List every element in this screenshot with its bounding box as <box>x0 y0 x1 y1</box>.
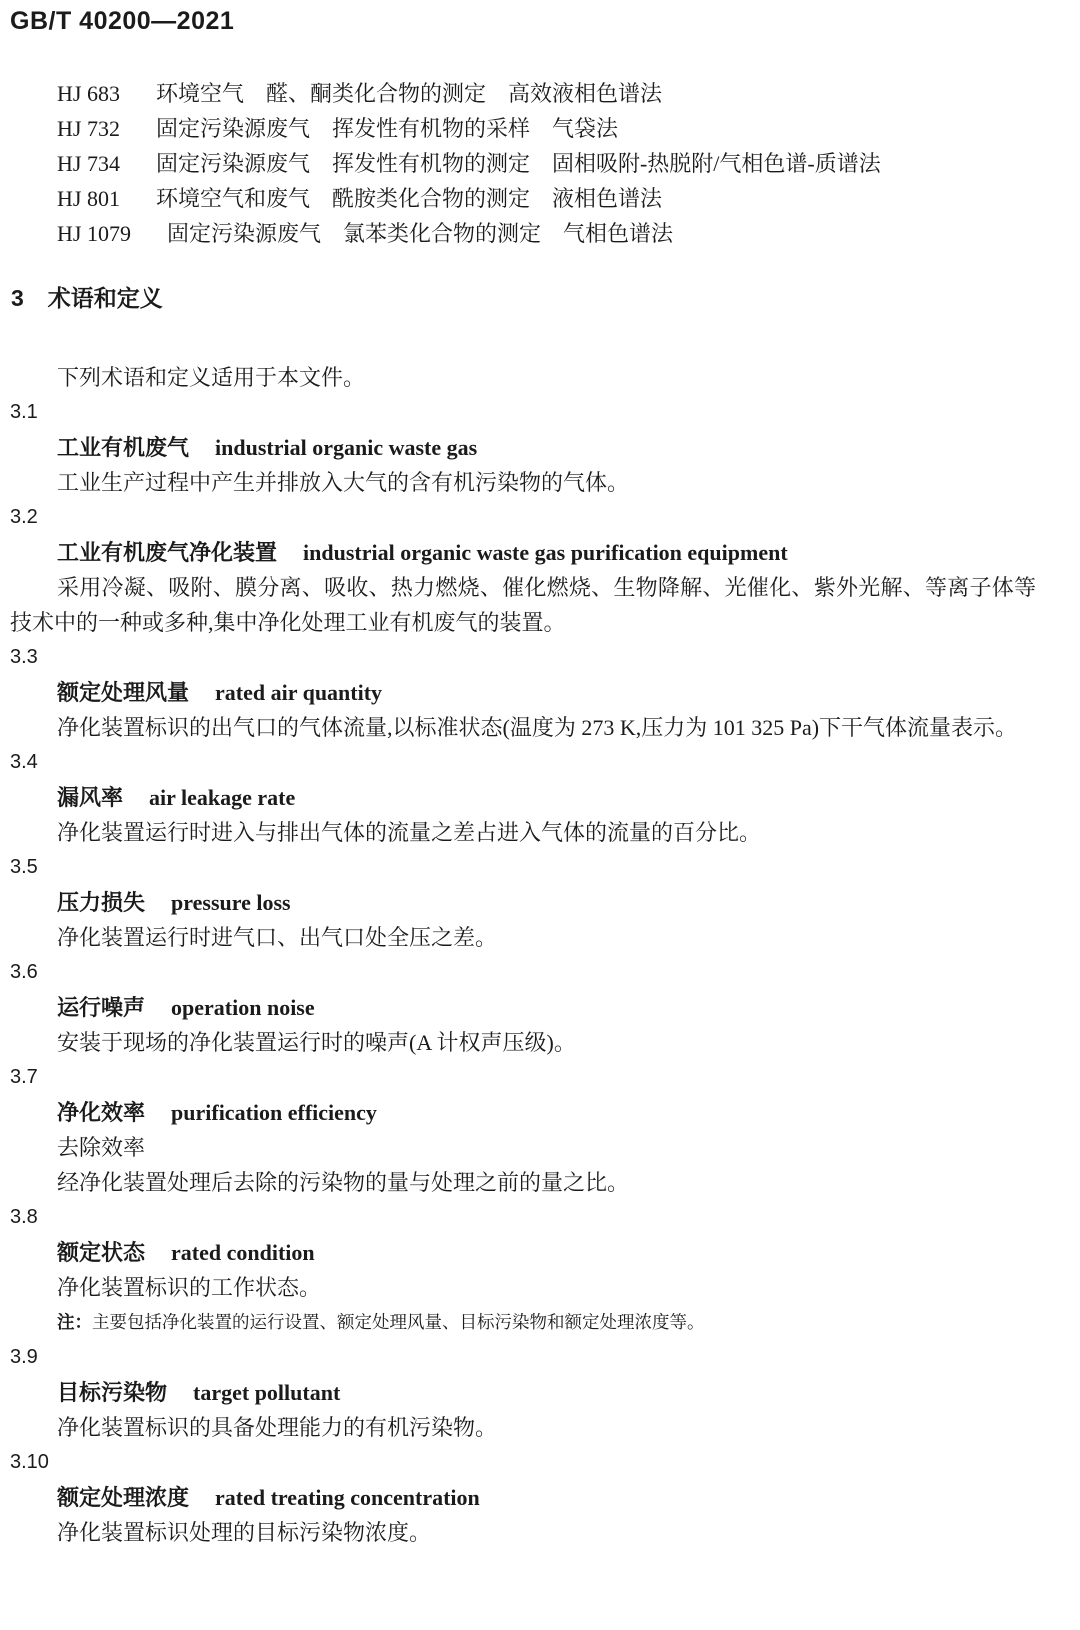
term-heading: 额定状态rated condition <box>10 1235 1036 1270</box>
terms-and-definitions-body: 下列术语和定义适用于本文件。 3.1 工业有机废气industrial orga… <box>0 360 1080 1550</box>
term-heading: 压力损失pressure loss <box>10 885 1036 920</box>
term-clause: 3.1 工业有机废气industrial organic waste gas 工… <box>10 395 1036 500</box>
term-clause: 3.2 工业有机废气净化装置industrial organic waste g… <box>10 500 1036 640</box>
reference-item: HJ 734固定污染源废气 挥发性有机物的测定 固相吸附-热脱附/气相色谱-质谱… <box>57 146 1080 181</box>
reference-title: 固定污染源废气 挥发性有机物的采样 气袋法 <box>156 116 618 141</box>
term-heading: 工业有机废气industrial organic waste gas <box>10 430 1036 465</box>
reference-item: HJ 801环境空气和废气 酰胺类化合物的测定 液相色谱法 <box>57 181 1080 216</box>
term-definition: 工业生产过程中产生并排放入大气的含有机污染物的气体。 <box>10 465 1036 500</box>
clause-number: 3.6 <box>10 955 1036 990</box>
reference-title: 固定污染源废气 挥发性有机物的测定 固相吸附-热脱附/气相色谱-质谱法 <box>156 151 881 176</box>
term-definitions: 采用冷凝、吸附、膜分离、吸收、热力燃烧、催化燃烧、生物降解、光催化、紫外光解、等… <box>10 570 1036 640</box>
clause-number: 3.9 <box>10 1340 1036 1375</box>
term-definitions: 工业生产过程中产生并排放入大气的含有机污染物的气体。 <box>10 465 1036 500</box>
reference-title: 环境空气和废气 酰胺类化合物的测定 液相色谱法 <box>156 186 662 211</box>
reference-code: HJ 683 <box>57 81 120 106</box>
term-chinese: 压力损失 <box>57 890 145 915</box>
term-definitions: 净化装置标识处理的目标污染物浓度。 <box>10 1515 1036 1550</box>
clause-number: 3.1 <box>10 395 1036 430</box>
term-clause: 3.8 额定状态rated condition 净化装置标识的工作状态。 注：主… <box>10 1200 1036 1340</box>
term-chinese: 运行噪声 <box>57 995 145 1020</box>
clause-number: 3.8 <box>10 1200 1036 1235</box>
note-text: 主要包括净化装置的运行设置、额定处理风量、目标污染物和额定处理浓度等。 <box>92 1312 705 1332</box>
reference-code: HJ 801 <box>57 186 120 211</box>
section-heading: 3术语和定义 <box>0 281 1080 316</box>
term-chinese: 目标污染物 <box>57 1380 167 1405</box>
clause-number: 3.3 <box>10 640 1036 675</box>
term-definitions: 经净化装置处理后去除的污染物的量与处理之前的量之比。 <box>10 1165 1036 1200</box>
term-clause: 3.6 运行噪声operation noise 安装于现场的净化装置运行时的噪声… <box>10 955 1036 1060</box>
reference-title: 固定污染源废气 氯苯类化合物的测定 气相色谱法 <box>167 221 673 246</box>
term-english: pressure loss <box>171 890 291 915</box>
term-english: purification efficiency <box>171 1100 377 1125</box>
note-label: 注： <box>57 1312 92 1332</box>
term-clause: 3.7 净化效率purification efficiency 去除效率 经净化… <box>10 1060 1036 1200</box>
term-heading: 漏风率air leakage rate <box>10 780 1036 815</box>
clause-number: 3.4 <box>10 745 1036 780</box>
term-english: industrial organic waste gas purificatio… <box>303 540 788 565</box>
reference-code: HJ 734 <box>57 151 120 176</box>
reference-item: HJ 683环境空气 醛、酮类化合物的测定 高效液相色谱法 <box>57 76 1080 111</box>
term-english: rated treating concentration <box>215 1485 480 1510</box>
term-definitions: 净化装置标识的工作状态。 <box>10 1270 1036 1305</box>
section-number: 3 <box>11 285 24 311</box>
reference-item: HJ 732固定污染源废气 挥发性有机物的采样 气袋法 <box>57 111 1080 146</box>
term-chinese: 净化效率 <box>57 1100 145 1125</box>
term-definition: 净化装置标识的具备处理能力的有机污染物。 <box>10 1410 1036 1445</box>
term-clause: 3.4 漏风率air leakage rate 净化装置运行时进入与排出气体的流… <box>10 745 1036 850</box>
clause-number: 3.2 <box>10 500 1036 535</box>
document-page: GB/T 40200—2021 HJ 683环境空气 醛、酮类化合物的测定 高效… <box>0 0 1080 1630</box>
term-chinese: 工业有机废气净化装置 <box>57 540 277 565</box>
term-definition: 采用冷凝、吸附、膜分离、吸收、热力燃烧、催化燃烧、生物降解、光催化、紫外光解、等… <box>10 570 1036 640</box>
term-heading: 目标污染物target pollutant <box>10 1375 1036 1410</box>
term-definition: 经净化装置处理后去除的污染物的量与处理之前的量之比。 <box>10 1165 1036 1200</box>
term-english: rated condition <box>171 1240 315 1265</box>
term-english: rated air quantity <box>215 680 382 705</box>
term-definitions: 净化装置标识的具备处理能力的有机污染物。 <box>10 1410 1036 1445</box>
standard-number: GB/T 40200—2021 <box>0 0 1080 35</box>
reference-code: HJ 1079 <box>57 221 131 246</box>
reference-code: HJ 732 <box>57 116 120 141</box>
term-heading: 额定处理风量rated air quantity <box>10 675 1036 710</box>
term-clause: 3.3 额定处理风量rated air quantity 净化装置标识的出气口的… <box>10 640 1036 745</box>
term-clause: 3.10 额定处理浓度rated treating concentration … <box>10 1445 1036 1550</box>
reference-item: HJ 1079固定污染源废气 氯苯类化合物的测定 气相色谱法 <box>57 216 1080 251</box>
term-definition: 净化装置标识处理的目标污染物浓度。 <box>10 1515 1036 1550</box>
term-note: 注：主要包括净化装置的运行设置、额定处理风量、目标污染物和额定处理浓度等。 <box>10 1305 1036 1340</box>
clause-number: 3.7 <box>10 1060 1036 1095</box>
term-definitions: 净化装置运行时进气口、出气口处全压之差。 <box>10 920 1036 955</box>
term-clause: 3.9 目标污染物target pollutant 净化装置标识的具备处理能力的… <box>10 1340 1036 1445</box>
term-synonym: 去除效率 <box>10 1130 1036 1165</box>
term-english: industrial organic waste gas <box>215 435 477 460</box>
term-definition: 净化装置标识的工作状态。 <box>10 1270 1036 1305</box>
term-definition: 净化装置运行时进气口、出气口处全压之差。 <box>10 920 1036 955</box>
clause-number: 3.10 <box>10 1445 1036 1480</box>
term-definitions: 净化装置标识的出气口的气体流量,以标准状态(温度为 273 K,压力为 101 … <box>10 710 1036 745</box>
intro-paragraph: 下列术语和定义适用于本文件。 <box>10 360 1036 395</box>
normative-references-list: HJ 683环境空气 醛、酮类化合物的测定 高效液相色谱法 HJ 732固定污染… <box>0 76 1080 251</box>
term-english: operation noise <box>171 995 315 1020</box>
term-heading: 净化效率purification efficiency <box>10 1095 1036 1130</box>
term-heading: 额定处理浓度rated treating concentration <box>10 1480 1036 1515</box>
term-heading: 工业有机废气净化装置industrial organic waste gas p… <box>10 535 1036 570</box>
term-definition: 净化装置标识的出气口的气体流量,以标准状态(温度为 273 K,压力为 101 … <box>10 710 1036 745</box>
term-chinese: 额定处理风量 <box>57 680 189 705</box>
term-heading: 运行噪声operation noise <box>10 990 1036 1025</box>
term-definitions: 安装于现场的净化装置运行时的噪声(A 计权声压级)。 <box>10 1025 1036 1060</box>
term-definitions: 净化装置运行时进入与排出气体的流量之差占进入气体的流量的百分比。 <box>10 815 1036 850</box>
term-clauses: 3.1 工业有机废气industrial organic waste gas 工… <box>10 395 1036 1550</box>
term-chinese: 额定处理浓度 <box>57 1485 189 1510</box>
term-definition: 净化装置运行时进入与排出气体的流量之差占进入气体的流量的百分比。 <box>10 815 1036 850</box>
clause-number: 3.5 <box>10 850 1036 885</box>
section-title: 术语和定义 <box>48 285 163 311</box>
term-chinese: 额定状态 <box>57 1240 145 1265</box>
term-chinese: 漏风率 <box>57 785 123 810</box>
term-clause: 3.5 压力损失pressure loss 净化装置运行时进气口、出气口处全压之… <box>10 850 1036 955</box>
term-chinese: 工业有机废气 <box>57 435 189 460</box>
term-definition: 安装于现场的净化装置运行时的噪声(A 计权声压级)。 <box>10 1025 1036 1060</box>
term-english: target pollutant <box>193 1380 340 1405</box>
term-english: air leakage rate <box>149 785 295 810</box>
reference-title: 环境空气 醛、酮类化合物的测定 高效液相色谱法 <box>156 81 662 106</box>
